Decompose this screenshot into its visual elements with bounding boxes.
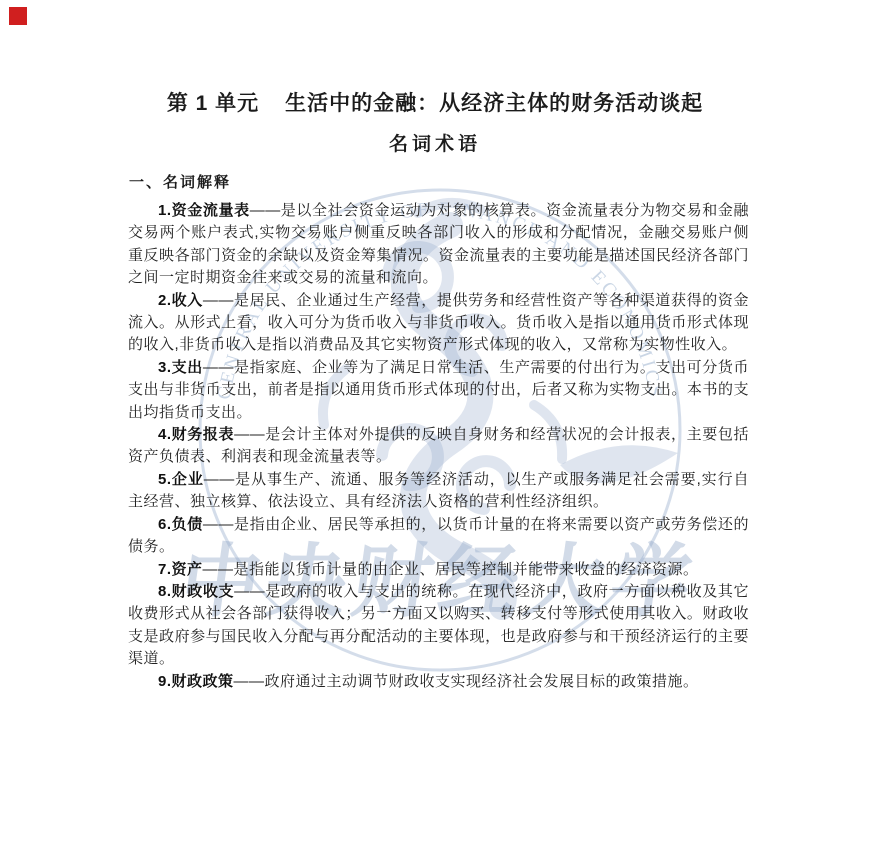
- term-dash: ——: [250, 202, 281, 219]
- term-name: 支出: [172, 359, 203, 376]
- term-number: 7.: [158, 561, 172, 578]
- definition-item-8: 8.财政收支——是政府的收入与支出的统称。在现代经济中，政府一方面以税收及其它收…: [128, 581, 749, 671]
- term-dash: ——: [234, 426, 265, 443]
- term-number: 4.: [158, 426, 172, 443]
- term-definition: 政府通过主动调节财政收支实现经济社会发展目标的政策措施。: [265, 673, 699, 690]
- term-name: 财务报表: [172, 426, 235, 443]
- term-dash: ——: [234, 673, 265, 690]
- term-dash: ——: [203, 561, 234, 578]
- term-dash: ——: [203, 292, 234, 309]
- term-dash: ——: [204, 471, 235, 488]
- term-name: 资金流量表: [172, 202, 250, 219]
- definition-item-2: 2.收入——是居民、企业通过生产经营，提供劳务和经营性资产等各种渠道获得的资金流…: [128, 290, 749, 357]
- term-name: 资产: [172, 561, 203, 578]
- term-number: 3.: [158, 359, 172, 376]
- page-title: 第 1 单元生活中的金融：从经济主体的财务活动谈起: [0, 87, 870, 117]
- term-dash: ——: [203, 516, 234, 533]
- term-number: 1.: [158, 202, 172, 219]
- definition-item-3: 3.支出——是指家庭、企业等为了满足日常生活、生产需要的付出行为。支出可分货币支…: [128, 357, 749, 424]
- term-dash: ——: [234, 583, 265, 600]
- page-subtitle: 名词术语: [0, 129, 870, 156]
- term-name: 财政政策: [172, 673, 234, 690]
- definition-item-5: 5.企业——是从事生产、流通、服务等经济活动，以生产或服务满足社会需要,实行自主…: [128, 469, 749, 514]
- title-text: 生活中的金融：从经济主体的财务活动谈起: [285, 92, 703, 115]
- unit-label: 第 1 单元: [167, 92, 259, 115]
- definition-item-4: 4.财务报表——是会计主体对外提供的反映自身财务和经营状况的会计报表，主要包括资…: [128, 424, 749, 469]
- term-number: 8.: [158, 583, 172, 600]
- definitions-list: 1.资金流量表——是以全社会资金运动为对象的核算表。资金流量表分为物交易和金融交…: [128, 200, 749, 693]
- term-name: 收入: [172, 292, 203, 309]
- definition-item-6: 6.负债——是指由企业、居民等承担的，以货币计量的在将来需要以资产或劳务偿还的债…: [128, 514, 749, 559]
- definition-item-7: 7.资产——是指能以货币计量的由企业、居民等控制并能带来收益的经济资源。: [128, 559, 749, 581]
- term-number: 9.: [158, 673, 172, 690]
- section-heading: 一、名词解释: [129, 171, 231, 192]
- term-number: 5.: [158, 471, 172, 488]
- term-name: 负债: [172, 516, 203, 533]
- term-dash: ——: [203, 359, 234, 376]
- term-name: 财政收支: [172, 583, 235, 600]
- document-page: CENTRAL UNIVERSITY OF FINANCE AND ECONOM…: [0, 0, 870, 842]
- definition-item-9: 9.财政政策——政府通过主动调节财政收支实现经济社会发展目标的政策措施。: [128, 671, 749, 693]
- term-number: 6.: [158, 516, 172, 533]
- term-definition: 是指能以货币计量的由企业、居民等控制并能带来收益的经济资源。: [234, 561, 699, 578]
- term-name: 企业: [172, 471, 204, 488]
- red-marker: [9, 7, 27, 25]
- definition-item-1: 1.资金流量表——是以全社会资金运动为对象的核算表。资金流量表分为物交易和金融交…: [128, 200, 749, 290]
- term-number: 2.: [158, 292, 172, 309]
